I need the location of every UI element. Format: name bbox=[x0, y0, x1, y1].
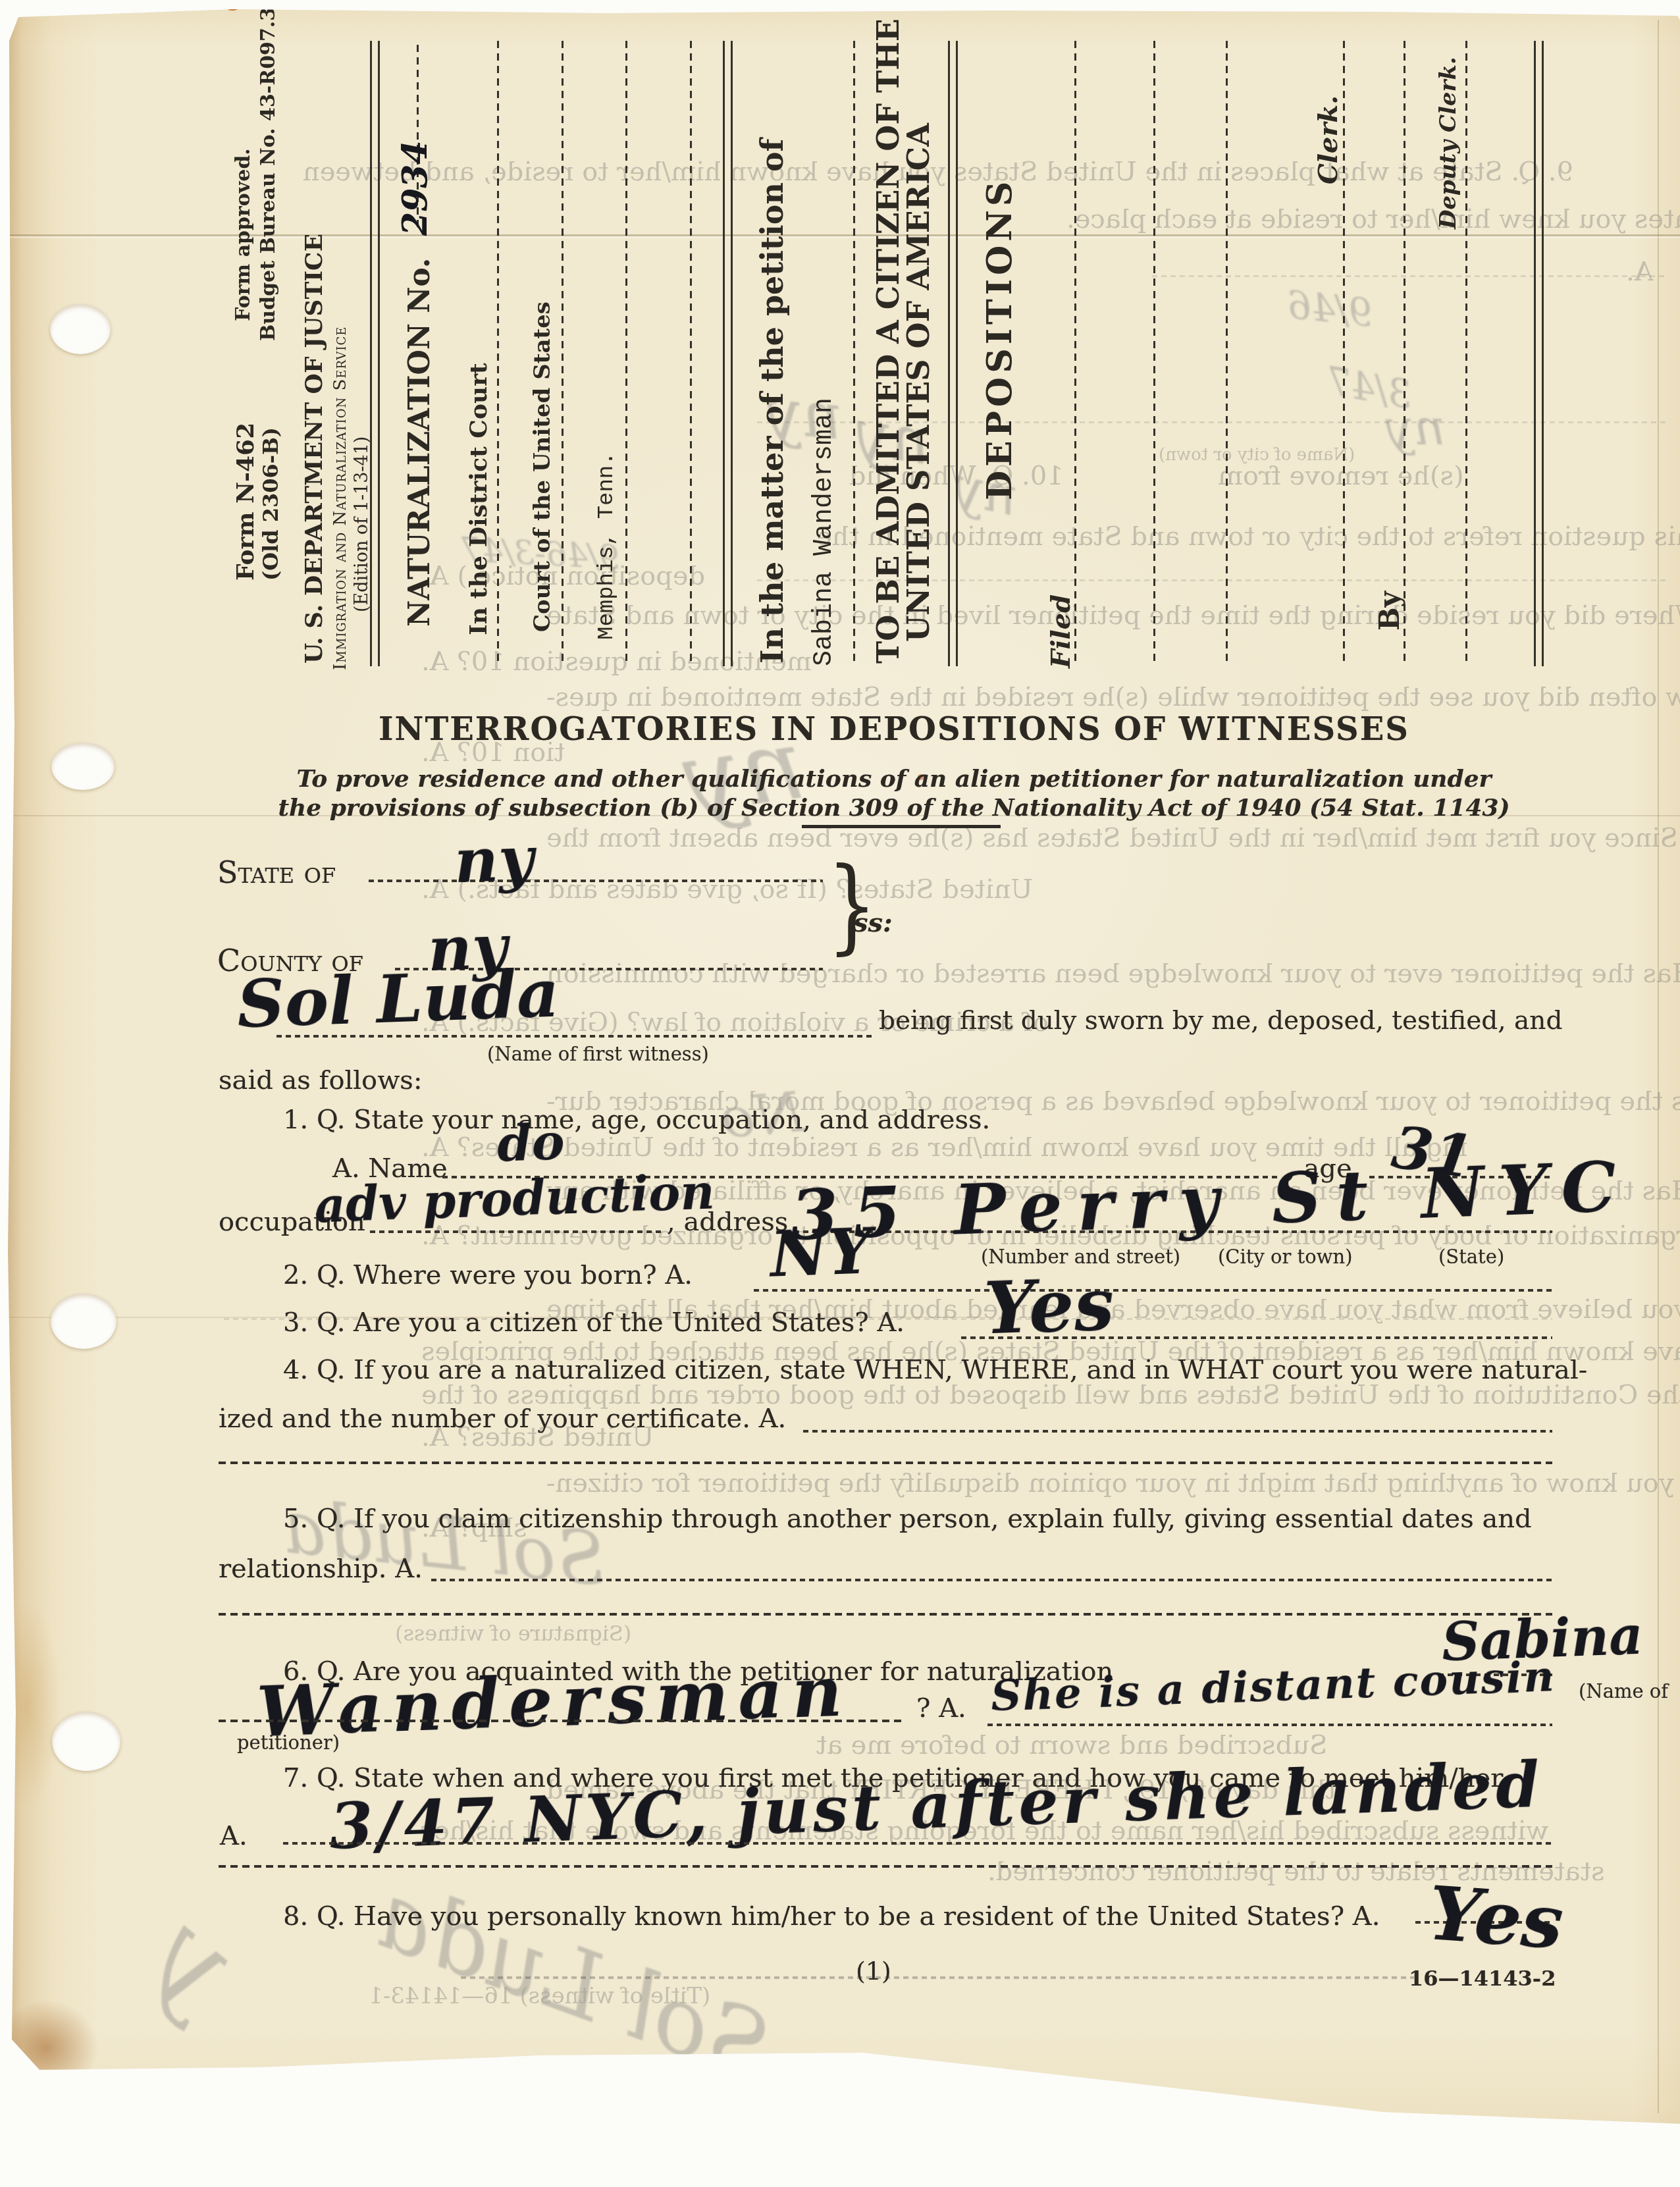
q4-answer-line bbox=[803, 1430, 1552, 1433]
form-code: 16—14143-2 bbox=[1409, 1966, 1556, 1991]
q1-city-caption: (City or town) bbox=[1218, 1246, 1353, 1268]
docket-divider-rule bbox=[948, 41, 958, 666]
docket-border-rule bbox=[370, 41, 380, 666]
q6-answer-line bbox=[987, 1724, 1552, 1726]
depositions-title: DEPOSITIONS bbox=[980, 178, 1020, 500]
form-number: Form N-462 bbox=[232, 423, 259, 581]
q2-answer: NY bbox=[769, 1215, 873, 1291]
q8-answer: Yes bbox=[1426, 1870, 1566, 1966]
q1-state-caption: (State) bbox=[1438, 1246, 1504, 1268]
docket-line bbox=[562, 41, 564, 666]
punch-hole bbox=[52, 1712, 120, 1771]
edition-note: (Edition of 1-13-41) bbox=[352, 436, 372, 612]
corner-stain bbox=[0, 1982, 118, 2113]
witness-name-caption: (Name of first witness) bbox=[487, 1043, 709, 1065]
filed-line bbox=[1074, 41, 1076, 666]
bleedthrough-text: (s)he remove from bbox=[1218, 461, 1464, 491]
sworn-text: being first duly sworn by me, deposed, t… bbox=[879, 1006, 1562, 1036]
state-of-label: State of bbox=[217, 855, 336, 890]
pencil-bleed-mark: y bbox=[130, 1891, 263, 2031]
form-approved-line2: Budget Bureau No. 43-R097.3. bbox=[257, 0, 280, 341]
form-approved-line1: Form approved. bbox=[232, 148, 255, 321]
edge-stain bbox=[0, 1567, 72, 1843]
docket-border-rule bbox=[1534, 41, 1544, 666]
petitioner-name-line bbox=[853, 41, 855, 666]
q5-continuation-line bbox=[219, 1613, 1552, 1616]
bleedthrough-text: ? (This question refers to the city or t… bbox=[816, 521, 1680, 552]
department-name: U. S. DEPARTMENT OF JUSTICE bbox=[300, 234, 328, 664]
docket-line bbox=[1465, 41, 1467, 666]
page-subtitle-line1: To prove residence and other qualificati… bbox=[296, 765, 1491, 793]
q5-answer-line bbox=[431, 1579, 1552, 1581]
bleedthrough-rule bbox=[1152, 275, 1666, 277]
q7-answer-prefix: A. bbox=[220, 1821, 248, 1851]
clerk-line bbox=[1343, 41, 1345, 666]
pencil-bleed-mark: 9/46 bbox=[1285, 282, 1375, 335]
punch-hole bbox=[50, 304, 111, 354]
court-line2: Court of the United States bbox=[529, 302, 556, 632]
bleedthrough-text: what dates you knew him/her to reside at… bbox=[1066, 204, 1680, 234]
subtitle-underline bbox=[802, 825, 1001, 828]
q2-answer-line bbox=[754, 1289, 1552, 1292]
pencil-bleed-mark: Sol Luda bbox=[280, 1485, 610, 1602]
said-as-follows: said as follows: bbox=[219, 1065, 422, 1095]
ss-label: ss: bbox=[853, 907, 893, 938]
scan-edge-shadow bbox=[0, 0, 9, 57]
docket-line bbox=[497, 41, 499, 666]
q1-occupation-line bbox=[370, 1230, 662, 1233]
q1-name-value: do bbox=[496, 1113, 565, 1173]
witness-name-line bbox=[276, 1035, 872, 1038]
pencil-bleed-mark: ny bbox=[1386, 398, 1446, 456]
question-4-line2: ized and the number of your certificate.… bbox=[219, 1404, 786, 1434]
punch-hole bbox=[51, 743, 115, 790]
question-5-line2: relationship. A. bbox=[219, 1554, 423, 1584]
docket-line bbox=[690, 41, 692, 666]
bleedthrough-text: 11. Q. Where did you reside during the t… bbox=[546, 600, 1680, 631]
bleedthrough-text: (Signature of witness) bbox=[395, 1621, 631, 1646]
court-location: Memphis, Tenn. bbox=[594, 452, 619, 640]
bleed-signature-line bbox=[461, 1976, 1414, 1979]
question-4-line1: 4. Q. If you are a naturalized citizen, … bbox=[283, 1355, 1587, 1385]
admit-citizen-line2: UNITED STATES OF AMERICA bbox=[901, 123, 936, 642]
witness-signature: Sol Luda bbox=[236, 954, 560, 1043]
state-of-line bbox=[369, 880, 823, 882]
state-of-value: ny bbox=[453, 823, 535, 897]
question-8: 8. Q. Have you personally known him/her … bbox=[283, 1901, 1380, 1932]
page-subtitle-line2: the provisions of subsection (b) of Sect… bbox=[278, 794, 1509, 822]
court-line1: In the District Court bbox=[465, 363, 492, 635]
clerk-label: Clerk. bbox=[1313, 95, 1344, 184]
scan-edge-shadow bbox=[0, 57, 6, 215]
jurisdiction-brace: } bbox=[827, 847, 877, 966]
deputy-clerk-label: Deputy Clerk. bbox=[1435, 57, 1461, 229]
bleedthrough-text: Subscribed and sworn to before me at bbox=[816, 1730, 1327, 1760]
naturalization-no-value: 2934 bbox=[395, 140, 435, 236]
service-name: Immigration and Naturalization Service bbox=[330, 327, 350, 670]
q6-nameof-caption: (Name of bbox=[1579, 1680, 1668, 1702]
question-3: 3. Q. Are you a citizen of the United St… bbox=[283, 1307, 905, 1338]
docket-line bbox=[1226, 41, 1228, 666]
question-2: 2. Q. Where were you born? A. bbox=[283, 1260, 693, 1290]
q7-answer-line bbox=[283, 1842, 1552, 1845]
bleedthrough-text: 18. Q. Do you know of anything that migh… bbox=[546, 1468, 1680, 1498]
pencil-bleed-mark: Sol Luda bbox=[363, 1862, 787, 2103]
by-label: By bbox=[1373, 591, 1405, 631]
bleedthrough-text: mentioned in question 10? A. bbox=[421, 646, 812, 677]
q6-petitioner-caption: petitioner) bbox=[237, 1731, 340, 1754]
question-5-line1: 5. Q. If you claim citizenship through a… bbox=[283, 1504, 1532, 1534]
naturalization-no-label: NATURALIZATION No. bbox=[403, 258, 436, 627]
punch-hole bbox=[51, 1294, 117, 1349]
docket-line bbox=[1153, 41, 1155, 666]
q7-continuation-line bbox=[219, 1865, 1552, 1868]
by-line bbox=[1404, 41, 1405, 666]
bleedthrough-text: 9. Q. State at what places in the United… bbox=[303, 157, 1573, 187]
page-number: (1) bbox=[856, 1957, 891, 1986]
matter-of-petition-line: In the matter of the petition of bbox=[754, 139, 790, 664]
bleedthrough-text: A. bbox=[1626, 257, 1654, 287]
question-1: 1. Q. State your name, age, occupation, … bbox=[283, 1105, 990, 1135]
form-number-old: (Old 2306-B) bbox=[258, 427, 283, 581]
scanned-document: 9. Q. State at what places in the United… bbox=[0, 0, 1680, 2187]
docket-divider-rule bbox=[723, 41, 733, 666]
bleedthrough-text: 12. Q. How often did you see the petitio… bbox=[546, 682, 1680, 712]
paper-fleck bbox=[226, 3, 238, 11]
petitioner-name-typed: Sabina Wandersman bbox=[810, 398, 839, 666]
q4-continuation-line bbox=[219, 1462, 1552, 1464]
document-page: 9. Q. State at what places in the United… bbox=[0, 0, 1680, 2187]
q6-name-line-left bbox=[219, 1720, 905, 1722]
docket-line bbox=[625, 41, 627, 666]
filed-label: Filed bbox=[1045, 594, 1076, 668]
edge-crease bbox=[1658, 20, 1659, 2113]
bleedthrough-text: 14. Q. Has the petitioner ever to your k… bbox=[546, 959, 1680, 989]
q6-question-end: ? A. bbox=[916, 1693, 966, 1724]
page-title: INTERROGATORIES IN DEPOSITIONS OF WITNES… bbox=[379, 711, 1409, 748]
q3-answer: Yes bbox=[983, 1263, 1116, 1351]
